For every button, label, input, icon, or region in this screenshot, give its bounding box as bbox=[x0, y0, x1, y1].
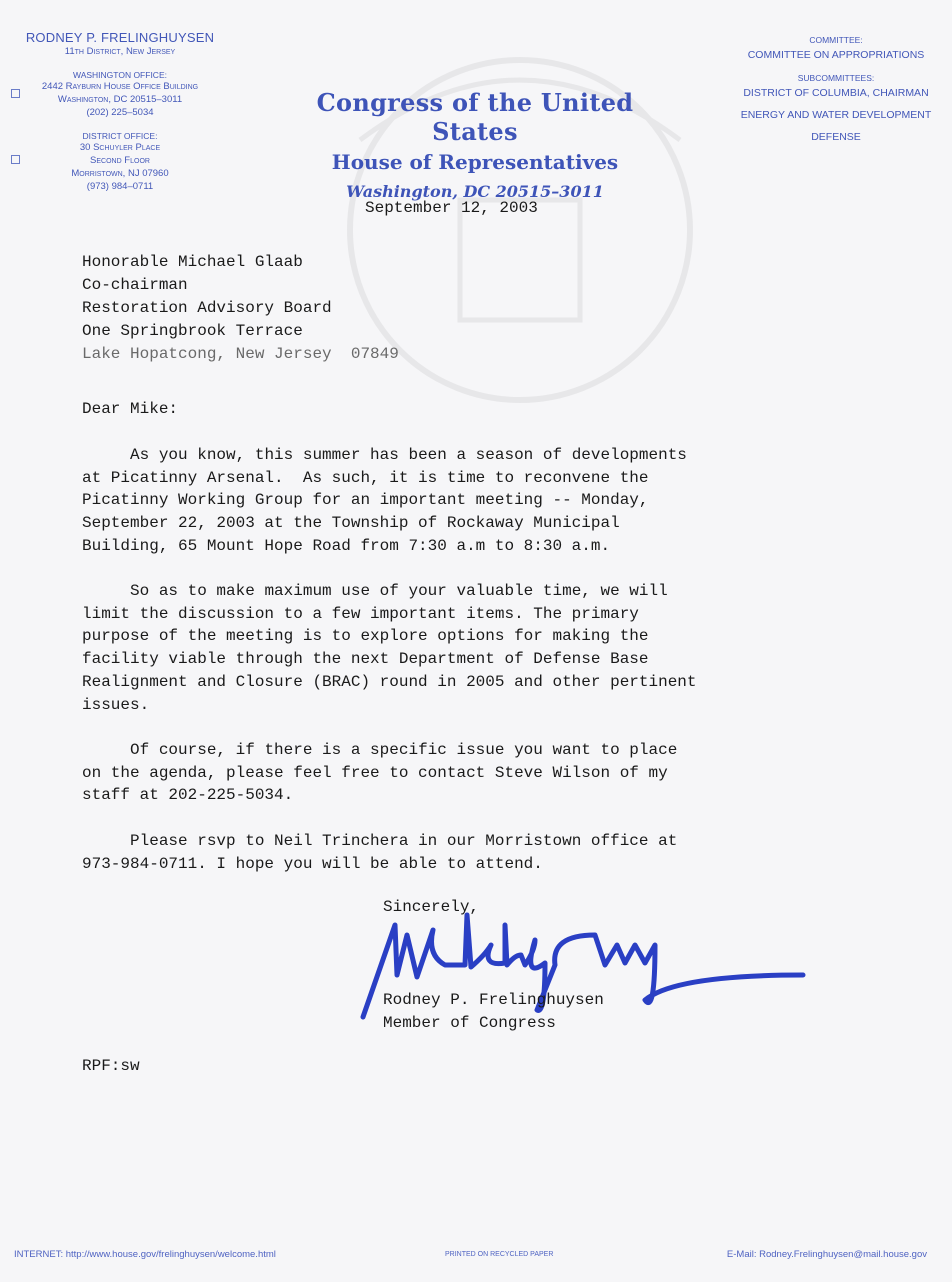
recipient-line: Restoration Advisory Board bbox=[82, 297, 399, 320]
letter-date: September 12, 2003 bbox=[365, 199, 538, 217]
eagle-seal-watermark-icon bbox=[330, 20, 710, 440]
recipient-address: Honorable Michael Glaab Co-chairman Rest… bbox=[82, 251, 399, 366]
washington-office-phone: (202) 225–5034 bbox=[0, 106, 240, 119]
district-office-label: DISTRICT OFFICE: bbox=[0, 131, 240, 141]
washington-office-checkbox-icon bbox=[11, 89, 20, 98]
washington-office-line: Washington, DC 20515–3011 bbox=[0, 93, 240, 106]
footer-recycled: PRINTED ON RECYCLED PAPER bbox=[445, 1251, 553, 1258]
recipient-line: Honorable Michael Glaab bbox=[82, 251, 399, 274]
member-name: RODNEY P. FRELINGHUYSEN bbox=[0, 30, 240, 45]
committee-block: COMMITTEE: COMMITTEE ON APPROPRIATIONS S… bbox=[720, 33, 952, 143]
signer-name: Rodney P. Frelinghuysen bbox=[383, 989, 604, 1012]
body-paragraph: Please rsvp to Neil Trinchera in our Mor… bbox=[82, 830, 882, 875]
body-paragraph: As you know, this summer has been a seas… bbox=[82, 444, 882, 558]
recipient-line: Co-chairman bbox=[82, 274, 399, 297]
committee-name: COMMITTEE ON APPROPRIATIONS bbox=[720, 49, 952, 61]
district-office-line: 30 Schuyler Place bbox=[0, 141, 240, 154]
congress-title: Congress of the United States bbox=[270, 88, 680, 146]
signer-title: Member of Congress bbox=[383, 1012, 604, 1035]
washington-office-line: 2442 Rayburn House Office Building bbox=[0, 80, 240, 93]
subcommittee-item: DISTRICT OF COLUMBIA, CHAIRMAN bbox=[720, 87, 952, 99]
district-office-checkbox-icon bbox=[11, 155, 20, 164]
member-district: 11th District, New Jersey bbox=[0, 45, 240, 58]
letterhead-title: Congress of the United States House of R… bbox=[270, 88, 680, 201]
subcommittees-label: SUBCOMMITTEES: bbox=[720, 73, 952, 83]
recipient-line: Lake Hopatcong, New Jersey 07849 bbox=[82, 343, 399, 366]
district-office-line: Second Floor bbox=[0, 154, 240, 167]
subcommittee-item: DEFENSE bbox=[720, 131, 952, 143]
reference-initials: RPF:sw bbox=[82, 1057, 140, 1075]
signer-block: Rodney P. Frelinghuysen Member of Congre… bbox=[383, 989, 604, 1035]
washington-office-label: WASHINGTON OFFICE: bbox=[0, 70, 240, 80]
footer-internet: INTERNET: http://www.house.gov/frelinghu… bbox=[14, 1249, 276, 1260]
body-paragraph: So as to make maximum use of your valuab… bbox=[82, 580, 882, 716]
body-paragraph: Of course, if there is a specific issue … bbox=[82, 739, 882, 807]
recipient-line: One Springbrook Terrace bbox=[82, 320, 399, 343]
salutation: Dear Mike: bbox=[82, 400, 178, 418]
footer-email: E-Mail: Rodney.Frelinghuysen@mail.house.… bbox=[727, 1249, 927, 1260]
committee-label: COMMITTEE: bbox=[720, 35, 952, 45]
subcommittee-item: ENERGY AND WATER DEVELOPMENT bbox=[720, 109, 952, 121]
district-office-line: Morristown, NJ 07960 bbox=[0, 167, 240, 180]
district-office-phone: (973) 984–0711 bbox=[0, 180, 240, 193]
member-info-block: RODNEY P. FRELINGHUYSEN 11th District, N… bbox=[0, 30, 240, 193]
house-title: House of Representatives bbox=[270, 150, 680, 174]
